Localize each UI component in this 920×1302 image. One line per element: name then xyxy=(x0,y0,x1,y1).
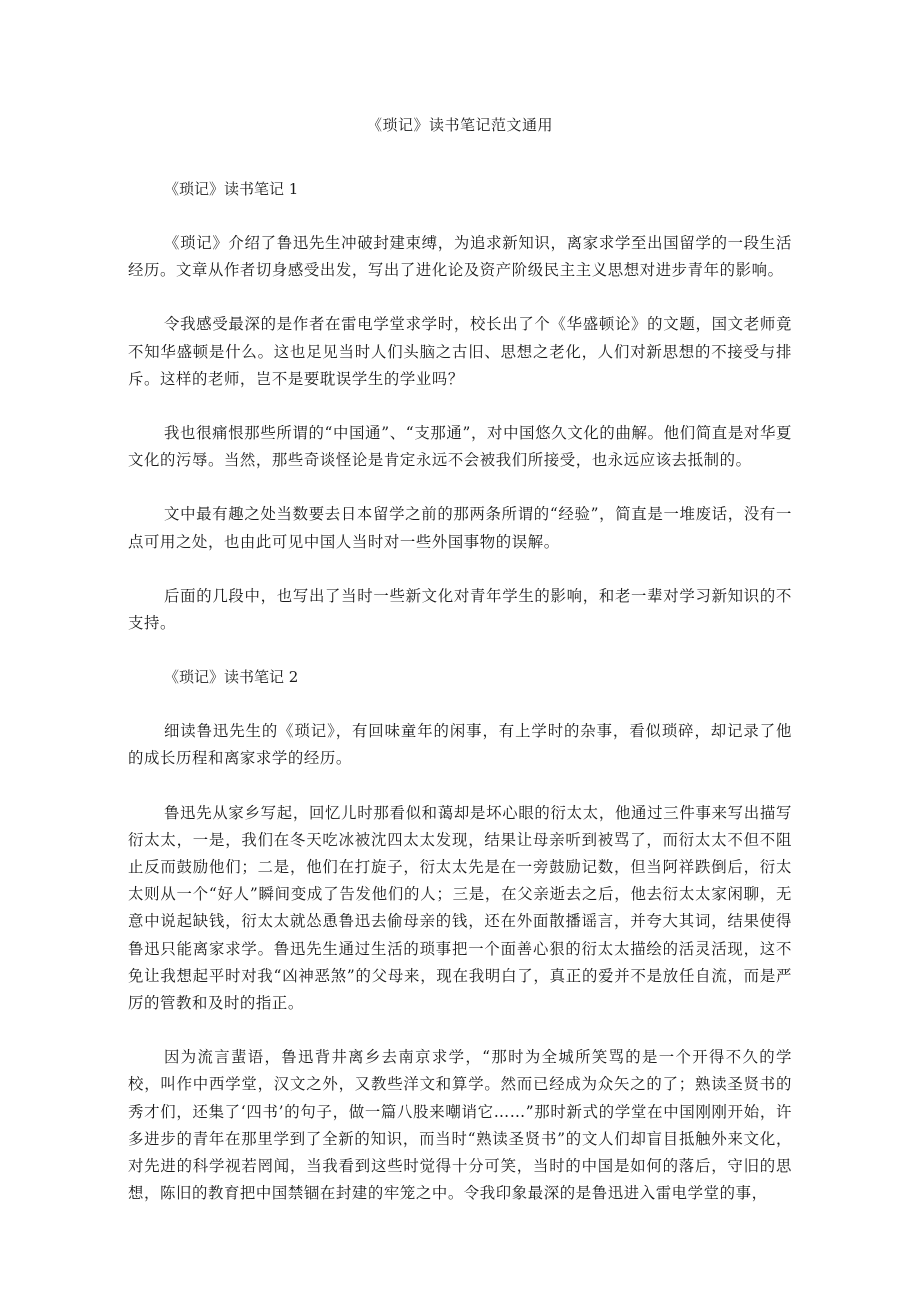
paragraph: 文中最有趣之处当数要去日本留学之前的那两条所谓的“经验”，简直是一堆废话，没有一… xyxy=(128,501,792,555)
paragraph: 后面的几段中，也写出了当时一些新文化对青年学生的影响，和老一辈对学习新知识的不支… xyxy=(128,583,792,637)
paragraph: 《琐记》介绍了鲁迅先生冲破封建束缚，为追求新知识，离家求学至出国留学的一段生活经… xyxy=(128,230,792,284)
paragraph: 我也很痛恨那些所谓的“中国通”、“支那通”，对中国悠久文化的曲解。他们简直是对华… xyxy=(128,420,792,474)
section-1: 《琐记》读书笔记 1 《琐记》介绍了鲁迅先生冲破封建束缚，为追求新知识，离家求学… xyxy=(128,176,792,637)
paragraph: 令我感受最深的是作者在雷电学堂求学时，校长出了个《华盛顿论》的文题，国文老师竟不… xyxy=(128,311,792,393)
section-heading: 《琐记》读书笔记 1 xyxy=(128,176,792,203)
paragraph: 细读鲁迅先生的《琐记》，有回味童年的闲事，有上学时的杂事，看似琐碎，却记录了他的… xyxy=(128,718,792,772)
document-title: 《琐记》读书笔记范文通用 xyxy=(128,112,792,139)
document-page: 《琐记》读书笔记范文通用 《琐记》读书笔记 1 《琐记》介绍了鲁迅先生冲破封建束… xyxy=(128,112,792,1234)
paragraph: 因为流言蜚语，鲁迅背井离乡去南京求学，“那时为全城所笑骂的是一个开得不久的学校，… xyxy=(128,1044,792,1207)
section-2: 《琐记》读书笔记 2 细读鲁迅先生的《琐记》，有回味童年的闲事，有上学时的杂事，… xyxy=(128,664,792,1207)
section-heading: 《琐记》读书笔记 2 xyxy=(128,664,792,691)
paragraph: 鲁迅先从家乡写起，回忆儿时那看似和蔼却是坏心眼的衍太太，他通过三件事来写出描写衍… xyxy=(128,800,792,1018)
